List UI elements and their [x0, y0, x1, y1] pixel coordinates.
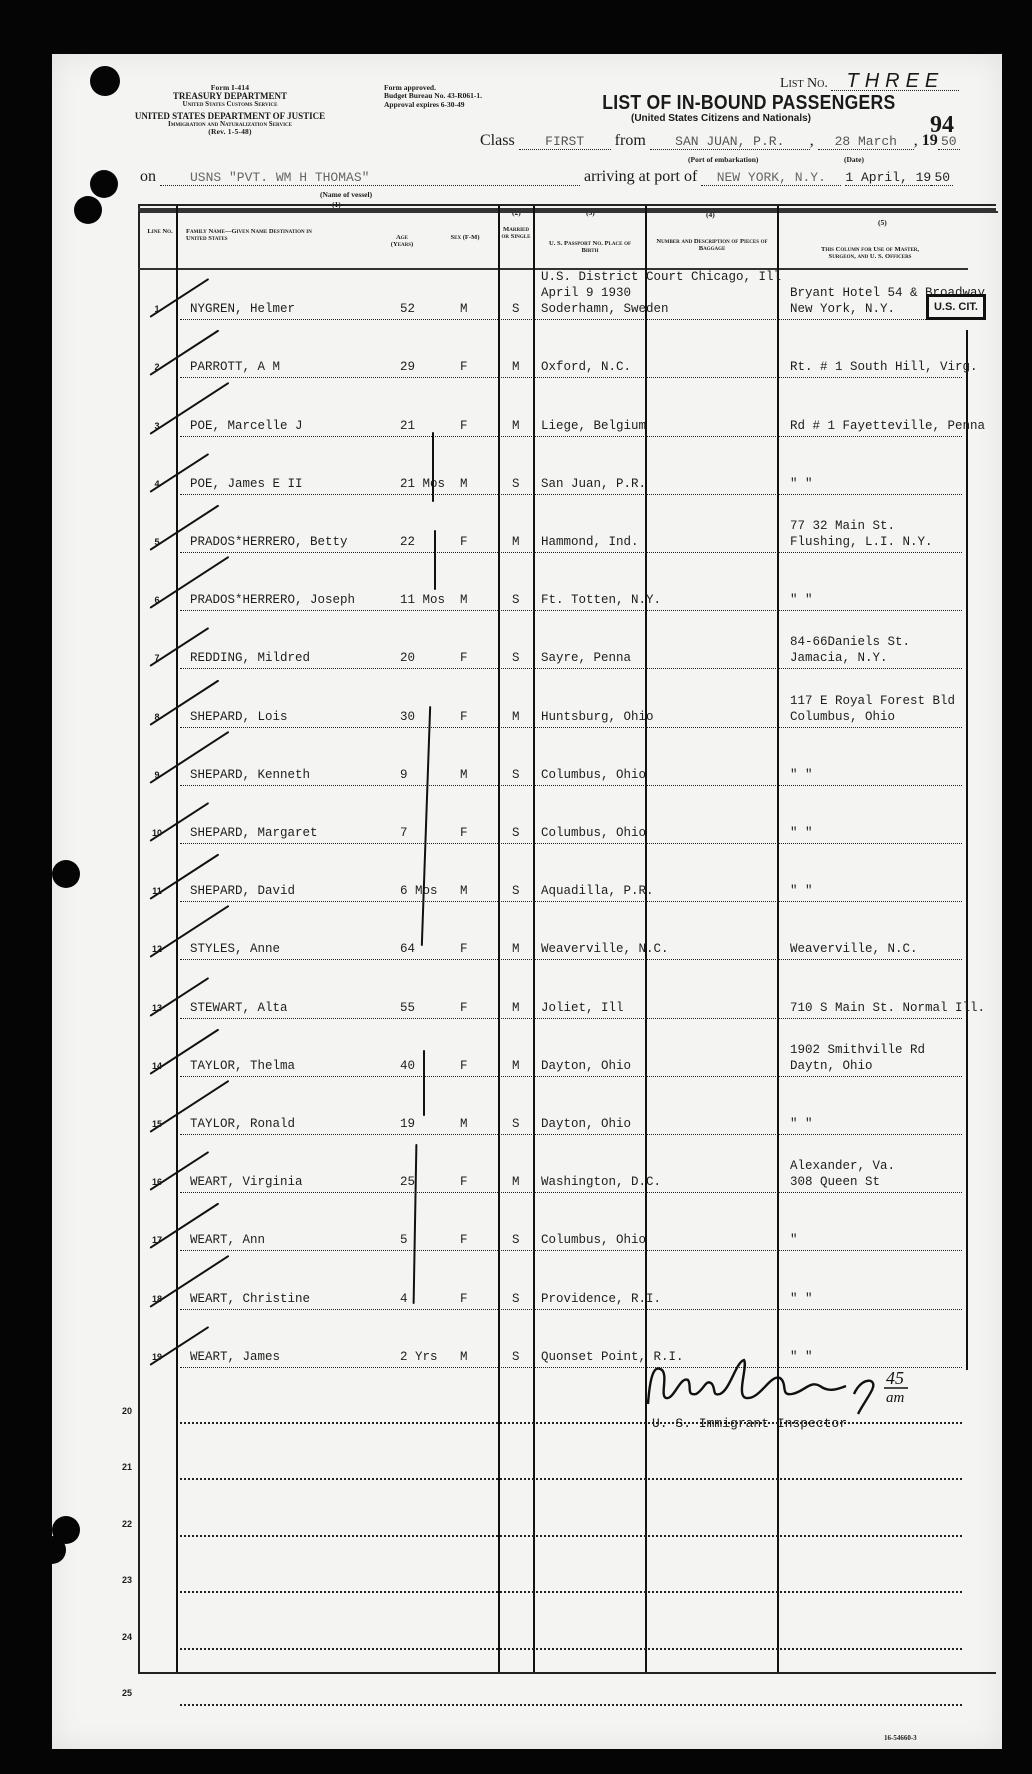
row-dotted-line — [180, 1535, 962, 1537]
customs-service: United States Customs Service — [120, 101, 340, 108]
line-number: 15 — [142, 1119, 172, 1129]
marital-status: S — [512, 593, 520, 607]
place-of-birth: Huntsburg, Ohio — [541, 710, 654, 724]
place-of-birth: Liege, Belgium — [541, 419, 646, 433]
marital-status: M — [512, 1001, 520, 1015]
line-number: 1 — [142, 304, 172, 314]
row-dotted-line — [180, 959, 962, 960]
table-row: 2PARROTT, A M29FMOxford, N.C.Rt. # 1 Sou… — [0, 328, 1032, 386]
row-dotted-line — [180, 1134, 962, 1135]
header-baggage: Number and Description of Pieces of Bagg… — [650, 238, 774, 252]
punch-hole — [90, 170, 118, 198]
vessel-caption: (Name of vessel) — [320, 190, 372, 199]
passenger-age: 21 Mos — [400, 477, 445, 491]
table-row: 13STEWART, Alta55FMJoliet, Ill710 S Main… — [0, 968, 1032, 1026]
table-row: 18WEART, Christine4FSProvidence, R.I." " — [0, 1259, 1032, 1317]
passenger-age: 30 — [400, 710, 415, 724]
place-of-birth: Hammond, Ind. — [541, 535, 639, 549]
address-line-2: " — [790, 1233, 798, 1247]
marital-status: M — [512, 942, 520, 956]
marital-status: S — [512, 1233, 520, 1247]
port-of-embarkation: SAN JUAN, P.R. — [650, 134, 810, 150]
address-line-2: Weaverville, N.C. — [790, 942, 918, 956]
passenger-sex: F — [460, 942, 468, 956]
arrival-year: 50 — [931, 170, 953, 186]
passenger-name: STEWART, Alta — [190, 1001, 288, 1015]
marital-status: M — [512, 1175, 520, 1189]
line-number: 21 — [112, 1462, 142, 1472]
document-title: LIST OF IN-BOUND PASSENGERS (United Stat… — [586, 92, 856, 124]
row-dotted-line — [180, 1591, 962, 1593]
embarkation-year: 50 — [938, 134, 960, 150]
passenger-age: 21 — [400, 419, 415, 433]
arrival-date: 1 April, 19 — [845, 170, 931, 186]
passenger-name: WEART, Christine — [190, 1292, 310, 1306]
passenger-name: WEART, Virginia — [190, 1175, 303, 1189]
place-of-birth: Washington, D.C. — [541, 1175, 661, 1189]
table-row: 10SHEPARD, Margaret7FSColumbus, Ohio" " — [0, 794, 1032, 852]
place-of-birth: Columbus, Ohio — [541, 768, 646, 782]
passenger-sex: M — [460, 302, 468, 316]
line-number: 14 — [142, 1061, 172, 1071]
table-row: 6PRADOS*HERRERO, Joseph11 MosMSFt. Totte… — [0, 561, 1032, 619]
header-name: Family Name—Given Name Destination in Un… — [186, 228, 326, 242]
svg-text:45: 45 — [886, 1368, 904, 1388]
passenger-sex: M — [460, 884, 468, 898]
passenger-sex: F — [460, 360, 468, 374]
address-line-2: 710 S Main St. Normal Ill. — [790, 1001, 985, 1015]
marital-status: S — [512, 302, 520, 316]
address-line-2: Columbus, Ohio — [790, 710, 895, 724]
passenger-name: STYLES, Anne — [190, 942, 280, 956]
address-line-1: 1902 Smithville Rd — [790, 1043, 925, 1057]
passenger-sex: F — [460, 419, 468, 433]
row-dotted-line — [180, 1250, 962, 1251]
passport-info: U.S. District Court Chicago, Ill — [541, 270, 781, 284]
line-number: 22 — [112, 1519, 142, 1529]
address-line-2: " " — [790, 477, 813, 491]
address-line-2: Rd # 1 Fayetteville, Penna — [790, 419, 985, 433]
row-dotted-line — [180, 610, 962, 611]
form-print-code: 16-54660-3 — [884, 1734, 917, 1742]
address-line-2: " " — [790, 593, 813, 607]
passenger-name: SHEPARD, Kenneth — [190, 768, 310, 782]
line-number: 11 — [142, 886, 172, 896]
passenger-name: SHEPARD, Lois — [190, 710, 288, 724]
voyage-class-line: Class FIRST from SAN JUAN, P.R., 28 Marc… — [480, 132, 960, 150]
row-dotted-line — [180, 377, 962, 378]
inspector-signature: 45 am — [640, 1356, 960, 1416]
passenger-age: 52 — [400, 302, 415, 316]
line-number: 23 — [112, 1575, 142, 1585]
address-line-2: " " — [790, 884, 813, 898]
passenger-name: POE, James E II — [190, 477, 303, 491]
row-dotted-line — [180, 901, 962, 902]
address-line-1: 117 E Royal Forest Bld — [790, 694, 955, 708]
address-line-2: New York, N.Y. — [790, 302, 895, 316]
vessel-name: USNS "PVT. WM H THOMAS" — [160, 170, 580, 186]
vessel-line: on USNS "PVT. WM H THOMAS" arriving at p… — [140, 168, 953, 186]
header-age: Age (Years) — [384, 234, 420, 248]
family-bracket — [432, 432, 434, 502]
place-of-birth: Dayton, Ohio — [541, 1059, 631, 1073]
address-line-1: Alexander, Va. — [790, 1159, 895, 1173]
marital-status: M — [512, 419, 520, 433]
address-line-2: Rt. # 1 South Hill, Virg. — [790, 360, 978, 374]
table-row: 15TAYLOR, Ronald19MSDayton, Ohio" " — [0, 1085, 1032, 1143]
passenger-age: 20 — [400, 651, 415, 665]
place-of-birth: Weaverville, N.C. — [541, 942, 669, 956]
table-row: 3POE, Marcelle J21FMLiege, BelgiumRd # 1… — [0, 386, 1032, 444]
place-of-birth: Ft. Totten, N.Y. — [541, 593, 661, 607]
marital-status: S — [512, 651, 520, 665]
svg-text:am: am — [886, 1390, 905, 1406]
passenger-name: WEART, Ann — [190, 1233, 265, 1247]
arrival-port: NEW YORK, N.Y. — [701, 170, 841, 186]
passenger-sex: F — [460, 535, 468, 549]
form-revision: (Rev. 1-5-48) — [120, 128, 340, 136]
address-line-2: Daytn, Ohio — [790, 1059, 873, 1073]
passenger-age: 4 — [400, 1292, 408, 1306]
line-number: 20 — [112, 1406, 142, 1416]
passenger-sex: M — [460, 1350, 468, 1364]
passenger-name: PRADOS*HERRERO, Betty — [190, 535, 348, 549]
row-dotted-line — [180, 785, 962, 786]
line-number: 17 — [142, 1235, 172, 1245]
marital-status: M — [512, 360, 520, 374]
row-dotted-line — [180, 319, 962, 320]
passenger-sex: F — [460, 1233, 468, 1247]
line-number: 18 — [142, 1294, 172, 1304]
passenger-age: 19 — [400, 1117, 415, 1131]
address-line-2: 308 Queen St — [790, 1175, 880, 1189]
table-row: 14TAYLOR, Thelma40FMDayton, Ohio1902 Smi… — [0, 1027, 1032, 1085]
table-row: 8SHEPARD, Lois30FMHuntsburg, Ohio117 E R… — [0, 677, 1032, 735]
table-row: 11SHEPARD, David6 MosMSAquadilla, P.R." … — [0, 852, 1032, 910]
list-number: List No. THREE — [780, 72, 959, 92]
passenger-age: 40 — [400, 1059, 415, 1073]
table-row: 9SHEPARD, Kenneth9MSColumbus, Ohio" " — [0, 736, 1032, 794]
passenger-sex: M — [460, 593, 468, 607]
line-number: 16 — [142, 1177, 172, 1187]
passenger-age: 9 — [400, 768, 408, 782]
passenger-age: 7 — [400, 826, 408, 840]
marital-status: S — [512, 768, 520, 782]
row-dotted-line — [180, 1018, 962, 1019]
table-row: 7REDDING, Mildred20FSSayre, Penna84-66Da… — [0, 619, 1032, 677]
address-line-2: " " — [790, 768, 813, 782]
row-dotted-line — [180, 436, 962, 437]
place-of-birth: Columbus, Ohio — [541, 1233, 646, 1247]
place-of-birth: Columbus, Ohio — [541, 826, 646, 840]
address-line-2: Jamacia, N.Y. — [790, 651, 888, 665]
header-line-no: Line No. — [146, 228, 174, 235]
punch-hole — [74, 196, 102, 224]
passenger-age: 5 — [400, 1233, 408, 1247]
header-married: Married or Single — [500, 226, 532, 240]
line-number: 8 — [142, 712, 172, 722]
row-dotted-line — [180, 1076, 962, 1077]
passenger-name: WEART, James — [190, 1350, 280, 1364]
marital-status: M — [512, 710, 520, 724]
line-number: 4 — [142, 479, 172, 489]
empty-table-row: 25 — [0, 1658, 1032, 1714]
address-line-1: 77 32 Main St. — [790, 519, 895, 533]
line-number: 24 — [112, 1632, 142, 1642]
passport-date: April 9 1930 — [541, 286, 631, 300]
place-of-birth: Sayre, Penna — [541, 651, 631, 665]
port-caption: (Port of embarkation) — [688, 155, 758, 164]
marital-status: S — [512, 477, 520, 491]
row-dotted-line — [180, 1192, 962, 1193]
passenger-sex: F — [460, 1175, 468, 1189]
passenger-age: 25 — [400, 1175, 415, 1189]
address-line-2: " " — [790, 1117, 813, 1131]
place-of-birth: Aquadilla, P.R. — [541, 884, 654, 898]
passenger-sex: F — [460, 1292, 468, 1306]
address-line-1: 84-66Daniels St. — [790, 635, 910, 649]
class-value: FIRST — [519, 134, 611, 150]
passenger-sex: M — [460, 477, 468, 491]
row-dotted-line — [180, 1648, 962, 1650]
place-of-birth: Oxford, N.C. — [541, 360, 631, 374]
marital-status: S — [512, 884, 520, 898]
passenger-name: TAYLOR, Ronald — [190, 1117, 295, 1131]
passenger-sex: F — [460, 1001, 468, 1015]
marital-status: M — [512, 1059, 520, 1073]
line-number: 25 — [112, 1688, 142, 1698]
empty-table-row: 22 — [0, 1489, 1032, 1545]
form-header: Form I-414 TREASURY DEPARTMENT United St… — [120, 84, 340, 136]
marital-status: S — [512, 1350, 520, 1364]
passenger-sex: F — [460, 1059, 468, 1073]
line-number: 5 — [142, 537, 172, 547]
passenger-sex: M — [460, 768, 468, 782]
line-number: 12 — [142, 944, 172, 954]
passenger-name: POE, Marcelle J — [190, 419, 303, 433]
passenger-age: 55 — [400, 1001, 415, 1015]
place-of-birth: Dayton, Ohio — [541, 1117, 631, 1131]
row-dotted-line — [180, 1309, 962, 1310]
empty-table-row: 24 — [0, 1602, 1032, 1658]
header-passport: U. S. Passport No. Place of Birth — [540, 240, 640, 254]
passenger-name: NYGREN, Helmer — [190, 302, 295, 316]
line-number: 19 — [142, 1352, 172, 1362]
line-number: 6 — [142, 595, 172, 605]
table-row: 4POE, James E II21 MosMSSan Juan, P.R." … — [0, 445, 1032, 503]
line-number: 13 — [142, 1003, 172, 1013]
form-approval: Form approved. Budget Bureau No. 43-R061… — [384, 84, 482, 109]
family-bracket — [434, 530, 436, 590]
passenger-name: TAYLOR, Thelma — [190, 1059, 295, 1073]
address-line-2: Flushing, L.I. N.Y. — [790, 535, 933, 549]
passenger-age: 2 Yrs — [400, 1350, 438, 1364]
table-row: 17WEART, Ann5FSColumbus, Ohio " — [0, 1201, 1032, 1259]
us-citizen-stamp: U.S. CIT. — [926, 294, 986, 320]
passenger-age: 29 — [400, 360, 415, 374]
line-number: 2 — [142, 362, 172, 372]
place-of-birth: Joliet, Ill — [541, 1001, 624, 1015]
row-dotted-line — [180, 494, 962, 495]
empty-table-row: 21 — [0, 1432, 1032, 1488]
passenger-age: 11 Mos — [400, 593, 445, 607]
row-dotted-line — [180, 1704, 962, 1706]
place-of-birth: Providence, R.I. — [541, 1292, 661, 1306]
list-number-value: THREE — [831, 72, 959, 91]
line-number: 3 — [142, 421, 172, 431]
line-number: 7 — [142, 653, 172, 663]
marital-status: M — [512, 535, 520, 549]
passenger-age: 6 Mos — [400, 884, 438, 898]
line-number: 10 — [142, 828, 172, 838]
passenger-name: PARROTT, A M — [190, 360, 280, 374]
empty-table-row: 23 — [0, 1545, 1032, 1601]
passenger-name: REDDING, Mildred — [190, 651, 310, 665]
passenger-age: 22 — [400, 535, 415, 549]
marital-status: S — [512, 1117, 520, 1131]
place-of-birth: Soderhamn, Sweden — [541, 302, 669, 316]
row-dotted-line — [180, 552, 962, 553]
table-row: 1NYGREN, Helmer52MSU.S. District Court C… — [0, 270, 1032, 328]
marital-status: S — [512, 826, 520, 840]
passenger-name: PRADOS*HERRERO, Joseph — [190, 593, 355, 607]
address-line-2: " " — [790, 826, 813, 840]
line-number: 9 — [142, 770, 172, 780]
punch-hole — [90, 66, 120, 96]
passenger-age: 64 — [400, 942, 415, 956]
family-bracket — [423, 1050, 425, 1116]
row-dotted-line — [180, 668, 962, 669]
address-line-2: " " — [790, 1292, 813, 1306]
passenger-sex: F — [460, 710, 468, 724]
row-dotted-line — [180, 727, 962, 728]
marital-status: S — [512, 1292, 520, 1306]
table-row: 12STYLES, Anne64FMWeaverville, N.C.Weave… — [0, 910, 1032, 968]
passenger-name: SHEPARD, David — [190, 884, 295, 898]
place-of-birth: San Juan, P.R. — [541, 477, 646, 491]
passenger-sex: F — [460, 826, 468, 840]
table-row: 5PRADOS*HERRERO, Betty22FMHammond, Ind.7… — [0, 503, 1032, 561]
date-caption: (Date) — [844, 155, 864, 164]
row-dotted-line — [180, 1478, 962, 1480]
passenger-name: SHEPARD, Margaret — [190, 826, 318, 840]
embarkation-date: 28 March — [818, 134, 914, 150]
table-row: 16WEART, Virginia25FMWashington, D.C.Ale… — [0, 1143, 1032, 1201]
passenger-sex: M — [460, 1117, 468, 1131]
inspector-caption: U. S. Immigrant Inspector — [652, 1416, 847, 1431]
header-officers: This Column for Use of Master, Surgeon, … — [810, 246, 930, 260]
header-sex: Sex (F-M) — [450, 234, 480, 241]
row-dotted-line — [180, 843, 962, 844]
passenger-sex: F — [460, 651, 468, 665]
